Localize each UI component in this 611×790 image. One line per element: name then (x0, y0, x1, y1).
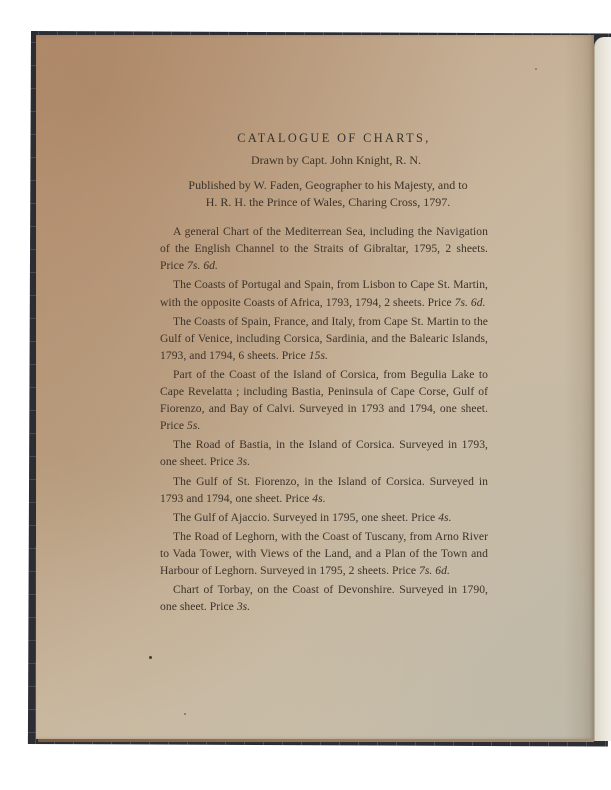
paper-speck (184, 713, 186, 715)
chart-entry: Chart of Torbay, on the Coast of Devonsh… (160, 581, 488, 615)
entry-price: 7s. 6d. (187, 259, 218, 272)
catalogue-subtitle: Drawn by Capt. John Knight, R. N. (172, 152, 490, 169)
catalogue-text: CATALOGUE OF CHARTS, Drawn by Capt. John… (172, 130, 490, 617)
paper-speck (535, 68, 537, 70)
entry-price: 3s. (237, 455, 250, 468)
publisher-line: H. R. H. the Prince of Wales, Charing Cr… (154, 194, 502, 211)
page-bottom-edge (38, 739, 594, 742)
entry-price: 7s. 6d. (419, 564, 450, 577)
catalogue-title: CATALOGUE OF CHARTS, (172, 130, 490, 147)
paper-speck (149, 656, 152, 659)
chart-entry: The Gulf of St. Fiorenzo, in the Island … (160, 473, 488, 507)
chart-entry: A general Chart of the Mediterrean Sea, … (160, 223, 488, 274)
entry-text: Part of the Coast of the Island of Corsi… (160, 368, 488, 432)
entry-price: 7s. 6d. (455, 296, 486, 309)
endpaper-edge (594, 37, 611, 741)
entry-text: The Coasts of Portugal and Spain, from L… (160, 278, 488, 308)
chart-entry: The Coasts of Spain, France, and Italy, … (160, 313, 488, 364)
publisher-line: Published by W. Faden, Geographer to his… (154, 177, 502, 194)
chart-entry: The Coasts of Portugal and Spain, from L… (160, 276, 488, 310)
entry-price: 15s. (309, 349, 328, 362)
publisher-info: Published by W. Faden, Geographer to his… (154, 177, 502, 211)
chart-entry: The Gulf of Ajaccio. Surveyed in 1795, o… (160, 509, 488, 526)
entry-text: Chart of Torbay, on the Coast of Devonsh… (160, 583, 488, 613)
entry-price: 4s. (438, 511, 451, 524)
chart-entry: The Road of Bastia, in the Island of Cor… (160, 436, 488, 470)
chart-entries-list: A general Chart of the Mediterrean Sea, … (172, 223, 490, 615)
entry-text: The Gulf of Ajaccio. Surveyed in 1795, o… (173, 511, 438, 524)
entry-price: 3s. (237, 600, 250, 613)
entry-price: 5s. (187, 419, 200, 432)
entry-price: 4s. (312, 492, 325, 505)
chart-entry: Part of the Coast of the Island of Corsi… (160, 366, 488, 434)
chart-entry: The Road of Leghorn, with the Coast of T… (160, 528, 488, 579)
entry-text: The Road of Bastia, in the Island of Cor… (160, 438, 488, 468)
